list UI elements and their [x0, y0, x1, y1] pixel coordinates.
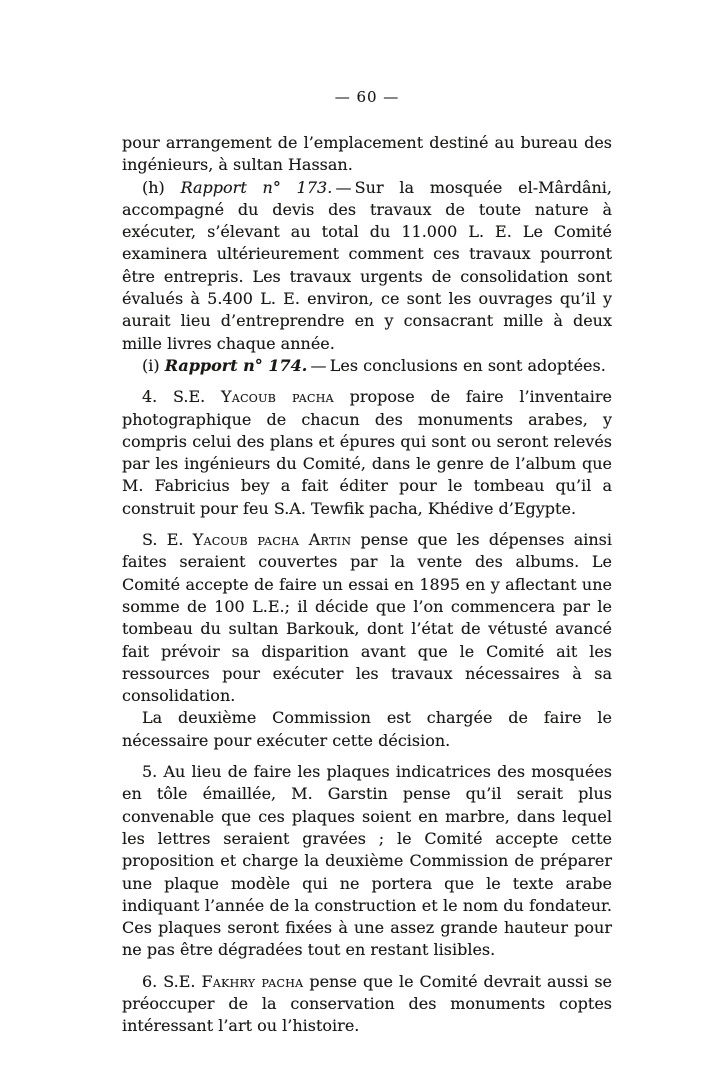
paragraph-rapport-174: (i) Rapport n° 174. — Les conclusions en…	[122, 355, 612, 377]
yacoub-artin-prefix: S. E.	[142, 530, 193, 549]
paragraph-item-4: 4. S.E. Yacoub pacha propose de faire l’…	[122, 386, 612, 520]
paragraph-continuation: pour arrangement de l’emplacement destin…	[122, 132, 612, 177]
paragraph-deuxieme-commission: La deuxième Commission est chargée de fa…	[122, 707, 612, 752]
rapport-174-item-letter: (i)	[142, 356, 165, 375]
rapport-174-title: Rapport n° 174.	[165, 356, 308, 375]
paragraph-rapport-173: (h) Rapport n° 173. — Sur la mosquée el-…	[122, 177, 612, 355]
item-4-body: propose de faire l’inventaire photograph…	[122, 387, 612, 517]
paragraph-item-6: 6. S.E. Fakhry pacha pense que le Comité…	[122, 971, 612, 1038]
item-6-speaker-name: Fakhry pacha	[201, 972, 303, 991]
text-block: pour arrangement de l’emplacement destin…	[122, 132, 612, 1038]
item-6-prefix: 6. S.E.	[142, 972, 201, 991]
rapport-173-title: Rapport n° 173.	[181, 178, 333, 197]
paragraph-item-5: 5. Au lieu de faire les plaques indicatr…	[122, 761, 612, 962]
rapport-173-item-letter: (h)	[142, 178, 181, 197]
paragraph-yacoub-artin: S. E. Yacoub pacha Artin pense que les d…	[122, 529, 612, 707]
document-page: — 60 — pour arrangement de l’emplacement…	[0, 0, 720, 1078]
yacoub-artin-speaker-name: Yacoub pacha Artin	[193, 530, 351, 549]
item-4-prefix: 4. S.E.	[142, 387, 221, 406]
deuxieme-commission-text: La deuxième Commission est chargée de fa…	[122, 708, 612, 749]
rapport-173-body: — Sur la mosquée el-Mârdâni, accompagné …	[122, 178, 612, 353]
paragraph-continuation-text: pour arrangement de l’emplacement destin…	[122, 133, 612, 174]
yacoub-artin-body: pense que les dépenses ainsi faites sera…	[122, 530, 612, 705]
page-number: — 60 —	[122, 88, 612, 106]
rapport-174-body: — Les conclusions en sont adoptées.	[307, 356, 605, 375]
item-5-text: 5. Au lieu de faire les plaques indicatr…	[122, 762, 612, 959]
item-4-speaker-name: Yacoub pacha	[221, 387, 334, 406]
